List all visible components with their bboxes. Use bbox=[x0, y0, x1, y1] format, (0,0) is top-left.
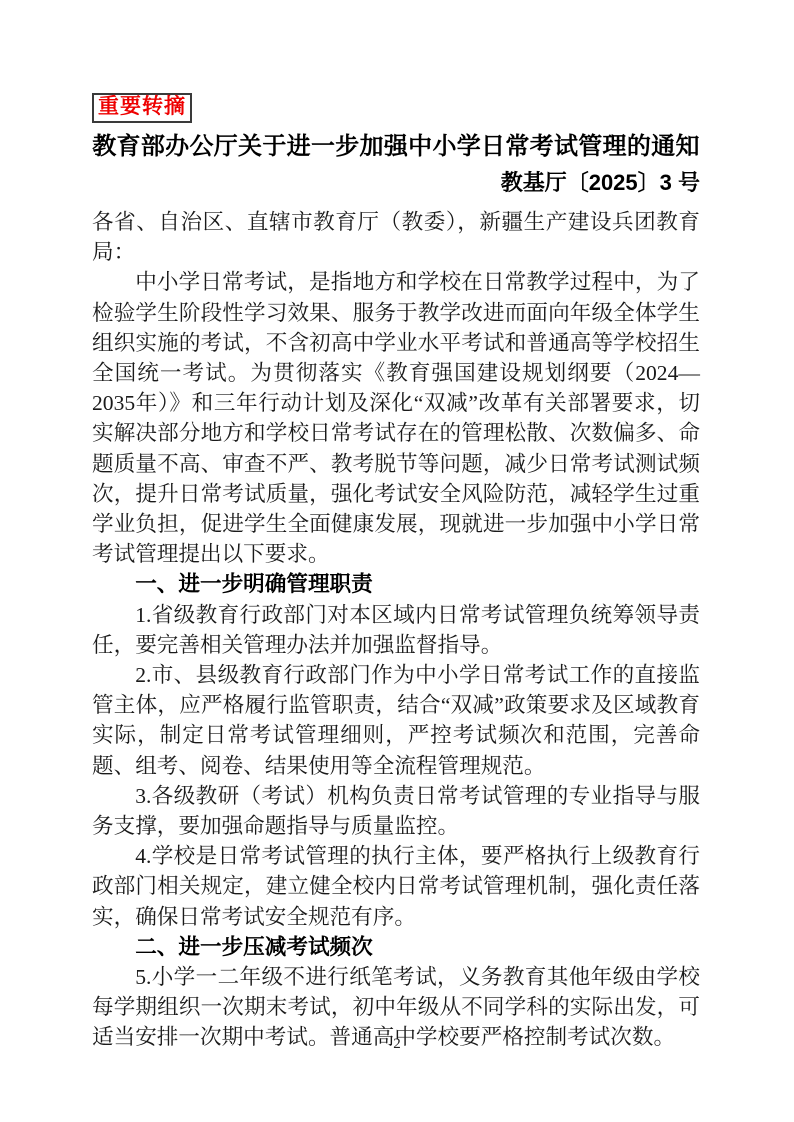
paragraph-list: 中小学日常考试，是指地方和学校在日常教学过程中，为了检验学生阶段性学习效果、服务… bbox=[92, 267, 700, 1052]
paragraph: 3.各级教研（考试）机构负责日常考试管理的专业指导与服务支撑，要加强命题指导与质… bbox=[92, 781, 700, 841]
paragraph: 中小学日常考试，是指地方和学校在日常教学过程中，为了检验学生阶段性学习效果、服务… bbox=[92, 267, 700, 569]
document-number: 教基厅〔2025〕3 号 bbox=[92, 167, 700, 199]
document-page: 重要转摘 教育部办公厅关于进一步加强中小学日常考试管理的通知 教基厅〔2025〕… bbox=[0, 0, 794, 1122]
important-excerpt-tag-label: 重要转摘 bbox=[98, 95, 186, 118]
document-body: 各省、自治区、直辖市教育厅（教委），新疆生产建设兵团教育局： 中小学日常考试，是… bbox=[92, 207, 700, 1053]
paragraph: 4.学校是日常考试管理的执行主体，要严格执行上级教育行政部门相关规定，建立健全校… bbox=[92, 841, 700, 932]
paragraph: 1.省级教育行政部门对本区域内日常考试管理负统筹领导责任，要完善相关管理办法并加… bbox=[92, 600, 700, 660]
paragraph: 2.市、县级教育行政部门作为中小学日常考试工作的直接监管主体，应严格履行监管职责… bbox=[92, 660, 700, 781]
page-number: 2 bbox=[0, 1036, 794, 1053]
important-excerpt-tag: 重要转摘 bbox=[92, 93, 192, 123]
salutation: 各省、自治区、直辖市教育厅（教委），新疆生产建设兵团教育局： bbox=[92, 207, 700, 267]
document-title: 教育部办公厅关于进一步加强中小学日常考试管理的通知 bbox=[92, 130, 700, 164]
section-heading: 二、进一步压减考试频次 bbox=[92, 932, 700, 962]
section-heading: 一、进一步明确管理职责 bbox=[92, 569, 700, 599]
